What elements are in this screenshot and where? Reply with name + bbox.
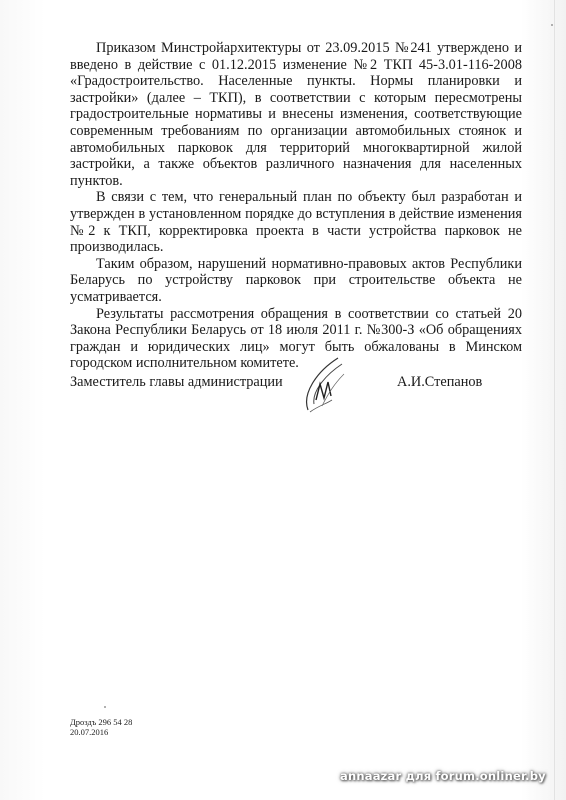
signatory-position: Заместитель главы администрации bbox=[70, 374, 283, 391]
document-date: 20.07.2016 bbox=[70, 727, 132, 737]
signatory-name: А.И.Степанов bbox=[397, 374, 482, 391]
scan-speck bbox=[551, 24, 553, 26]
handwritten-signature-icon bbox=[298, 354, 348, 414]
signature-block: Заместитель главы администрации А.И.Степ… bbox=[70, 374, 530, 414]
paragraph-general-plan: В связи с тем, что генеральный план по о… bbox=[70, 189, 522, 255]
paragraph-appeal: Результаты рассмотрения обращения в соот… bbox=[70, 306, 522, 372]
paragraph-order: Приказом Минстройархитектуры от 23.09.20… bbox=[70, 40, 522, 189]
executor-footnote: Дроздъ 296 54 28 20.07.2016 bbox=[70, 717, 132, 737]
page-edge-line bbox=[554, 0, 555, 800]
scanned-document-page: Приказом Минстройархитектуры от 23.09.20… bbox=[0, 0, 566, 800]
paragraph-no-violations: Таким образом, нарушений нормативно-прав… bbox=[70, 256, 522, 306]
watermark-text: annaazar для forum.onliner.by bbox=[340, 769, 546, 783]
executor-contact: Дроздъ 296 54 28 bbox=[70, 717, 132, 727]
scan-speck bbox=[230, 278, 232, 280]
scan-speck bbox=[104, 706, 106, 708]
letter-body: Приказом Минстройархитектуры от 23.09.20… bbox=[70, 40, 522, 372]
